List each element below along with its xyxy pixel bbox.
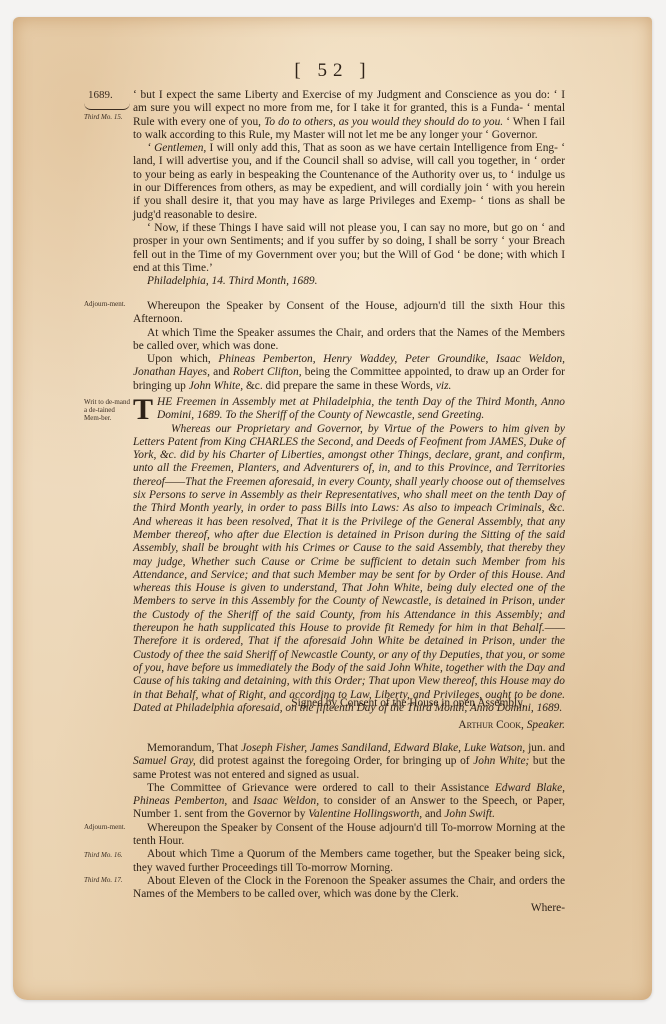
margin-adjournment-2: Adjourn-ment. bbox=[84, 823, 132, 831]
proceedings-section-2: Memorandum, That Joseph Fisher, James Sa… bbox=[133, 742, 565, 915]
adjournment-paragraph: Whereupon the Speaker by Consent of the … bbox=[133, 300, 565, 327]
chair-paragraph: At which Time the Speaker assumes the Ch… bbox=[133, 327, 565, 354]
page-number: [ 52 ] bbox=[0, 60, 666, 82]
quorum-paragraph: About which Time a Quorum of the Members… bbox=[133, 848, 565, 875]
margin-adjournment-1: Adjourn-ment. bbox=[84, 300, 132, 308]
eleven-oclock-paragraph: About Eleven of the Clock in the Forenoo… bbox=[133, 875, 565, 902]
speaker-title: Speaker. bbox=[524, 719, 565, 731]
signature: Arthur Cook, Speaker. bbox=[133, 719, 565, 732]
margin-date-third-mo-17: Third Mo. 17. bbox=[84, 876, 132, 884]
speech-paragraph-3: ‘ Now, if these Things I have said will … bbox=[133, 222, 565, 275]
speech-paragraph-1: ‘ but I expect the same Liberty and Exer… bbox=[133, 89, 565, 142]
margin-year: 1689. bbox=[88, 91, 136, 99]
margin-date-third-mo-15: Third Mo. 15. bbox=[84, 113, 132, 121]
catchword: Where- bbox=[133, 902, 565, 915]
drop-cap: T bbox=[133, 397, 153, 423]
memorandum-paragraph: Memorandum, That Joseph Fisher, James Sa… bbox=[133, 742, 565, 782]
signed-line: Signed by Consent of the House in open A… bbox=[133, 697, 565, 710]
grievance-paragraph: The Committee of Grievance were ordered … bbox=[133, 782, 565, 822]
writ-opening: THE Freemen in Assembly met at Philadelp… bbox=[133, 396, 565, 423]
committee-paragraph: Upon which, Phineas Pemberton, Henry Wad… bbox=[133, 353, 565, 393]
signature-section: Signed by Consent of the House in open A… bbox=[133, 697, 565, 733]
margin-writ-note: Writ to de-mand a de-tained Mem-ber. bbox=[84, 398, 132, 422]
speaker-name: Arthur Cook, bbox=[458, 719, 523, 731]
adjournment-paragraph-2: Whereupon the Speaker by Consent of the … bbox=[133, 822, 565, 849]
margin-date-third-mo-16: Third Mo. 16. bbox=[84, 851, 132, 859]
speech-paragraph-2: ‘ Gentlemen, I will only add this, That … bbox=[133, 142, 565, 222]
brace-icon bbox=[84, 103, 130, 110]
speech-section: ‘ but I expect the same Liberty and Exer… bbox=[133, 89, 565, 288]
writ-body: Whereas our Proprietary and Governor, by… bbox=[133, 423, 565, 716]
writ-section: THE Freemen in Assembly met at Philadelp… bbox=[133, 396, 565, 715]
dateline: Philadelphia, 14. Third Month, 1689. bbox=[133, 275, 565, 288]
proceedings-section-1: Whereupon the Speaker by Consent of the … bbox=[133, 300, 565, 393]
